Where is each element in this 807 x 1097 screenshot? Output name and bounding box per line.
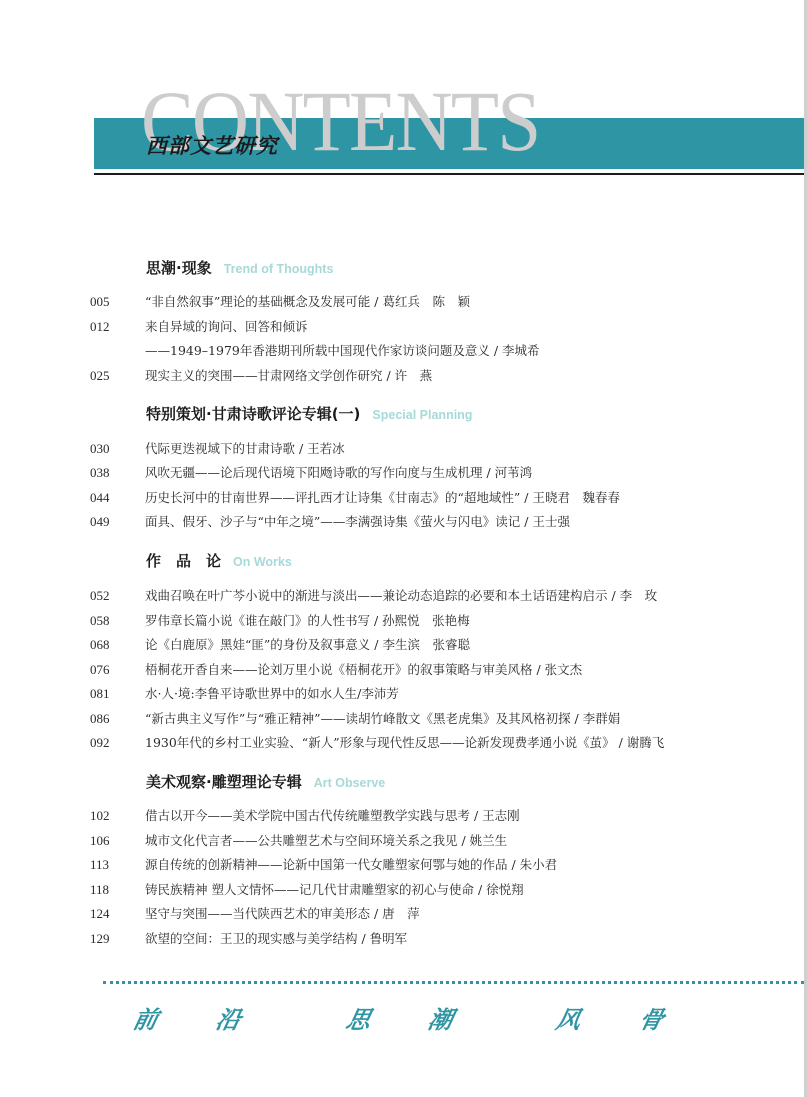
page-number: 049: [90, 512, 145, 532]
toc-entry[interactable]: 012来自异域的询问、回答和倾诉: [90, 317, 308, 337]
toc-entry[interactable]: 076梧桐花开香自来——论刘万里小说《梧桐花开》的叙事策略与审美风格 / 张文杰: [90, 660, 582, 680]
toc-entry[interactable]: 118铸民族精神 塑人文情怀——记几代甘肃雕塑家的初心与使命 / 徐悦翔: [90, 880, 524, 900]
toc-entry[interactable]: 102借古以开今——美术学院中国古代传统雕塑教学实践与思考 / 王志刚: [90, 806, 520, 826]
toc-entry[interactable]: 081水·人·境:李鲁平诗歌世界中的如水人生/李沛芳: [90, 684, 399, 704]
section-title-zh: 思潮·现象: [146, 259, 212, 277]
entry-title: 风吹无疆——论后现代语境下阳飏诗歌的写作向度与生成机理 / 河苇鸿: [145, 465, 532, 480]
toc-entry[interactable]: 0921930年代的乡村工业实验、“新人”形象与现代性反思——论新发现费孝通小说…: [90, 733, 664, 753]
toc-entry[interactable]: 058罗伟章长篇小说《谁在敲门》的人性书写 / 孙熙悦 张艳梅: [90, 611, 470, 631]
section-title-zh: 特别策划·甘肃诗歌评论专辑(一): [146, 405, 360, 423]
entry-title: “新古典主义写作”与“雅正精神”——读胡竹峰散文《黑老虎集》及其风格初探 / 李…: [145, 711, 620, 726]
entry-title: 借古以开今——美术学院中国古代传统雕塑教学实践与思考 / 王志刚: [145, 808, 520, 823]
section-heading-special-planning: 特别策划·甘肃诗歌评论专辑(一)Special Planning: [146, 403, 472, 424]
entry-title: 水·人·境:李鲁平诗歌世界中的如水人生/李沛芳: [145, 686, 399, 701]
page-number: 068: [90, 635, 145, 655]
toc-entry[interactable]: 086“新古典主义写作”与“雅正精神”——读胡竹峰散文《黑老虎集》及其风格初探 …: [90, 709, 620, 729]
page-number: 076: [90, 660, 145, 680]
section-title-en: Trend of Thoughts: [224, 262, 334, 276]
motto-char: 沿: [213, 1000, 244, 1035]
entry-title: 城市文化代言者——公共雕塑艺术与空间环境关系之我见 / 姚兰生: [145, 833, 507, 848]
section-title-en: On Works: [233, 555, 292, 569]
entry-title: 代际更迭视域下的甘肃诗歌 / 王若冰: [145, 441, 345, 456]
motto-char: 骨: [636, 1000, 667, 1035]
page-number: 052: [90, 586, 145, 606]
page-number: 081: [90, 684, 145, 704]
page-number: 113: [90, 855, 145, 875]
page-number: 038: [90, 463, 145, 483]
toc-entry-subtitle[interactable]: ——1949–1979年香港期刊所载中国现代作家访谈问题及意义 / 李城希: [90, 341, 540, 361]
section-title-en: Art Observe: [314, 776, 386, 790]
page-number: 030: [90, 439, 145, 459]
section-heading-trend-of-thoughts: 思潮·现象Trend of Thoughts: [146, 257, 333, 278]
entry-title: 坚守与突围——当代陕西艺术的审美形态 / 唐 萍: [145, 906, 420, 921]
page-number: 058: [90, 611, 145, 631]
page-number: 118: [90, 880, 145, 900]
toc-entry[interactable]: 113源自传统的创新精神——论新中国第一代女雕塑家何鄂与她的作品 / 朱小君: [90, 855, 557, 875]
entry-title: 源自传统的创新精神——论新中国第一代女雕塑家何鄂与她的作品 / 朱小君: [145, 857, 557, 872]
page-number: 124: [90, 904, 145, 924]
entry-title: 罗伟章长篇小说《谁在敲门》的人性书写 / 孙熙悦 张艳梅: [145, 613, 470, 628]
footer-dotted-rule: [103, 981, 804, 984]
page-number: 044: [90, 488, 145, 508]
motto-char: 风: [553, 1000, 584, 1035]
entry-title: 论《白鹿原》黑娃“匪”的身份及叙事意义 / 李生滨 张睿聪: [145, 637, 470, 652]
page-number: 086: [90, 709, 145, 729]
toc-entry[interactable]: 124坚守与突围——当代陕西艺术的审美形态 / 唐 萍: [90, 904, 420, 924]
journal-name: 西部文艺研究: [146, 130, 278, 160]
section-title-zh: 作 品 论: [146, 552, 221, 570]
entry-title: “非自然叙事”理论的基础概念及发展可能 / 葛红兵 陈 颖: [145, 294, 470, 309]
toc-entry[interactable]: 052戏曲召唤在叶广芩小说中的渐进与淡出——兼论动态追踪的必要和本土话语建构启示…: [90, 586, 657, 606]
motto-char: 思: [343, 1000, 374, 1035]
entry-title: 欲望的空间：王卫的现实感与美学结构 / 鲁明军: [145, 931, 407, 946]
page-number: 012: [90, 317, 145, 337]
entry-title: 现实主义的突围——甘肃网络文学创作研究 / 许 燕: [145, 368, 432, 383]
entry-title: 铸民族精神 塑人文情怀——记几代甘肃雕塑家的初心与使命 / 徐悦翔: [145, 882, 524, 897]
page-number: 106: [90, 831, 145, 851]
entry-title: 戏曲召唤在叶广芩小说中的渐进与淡出——兼论动态追踪的必要和本土话语建构启示 / …: [145, 588, 657, 603]
toc-entry[interactable]: 038风吹无疆——论后现代语境下阳飏诗歌的写作向度与生成机理 / 河苇鸿: [90, 463, 532, 483]
motto-char: 前: [130, 1000, 161, 1035]
toc-entry[interactable]: 005“非自然叙事”理论的基础概念及发展可能 / 葛红兵 陈 颖: [90, 292, 470, 312]
toc-entry[interactable]: 068论《白鹿原》黑娃“匪”的身份及叙事意义 / 李生滨 张睿聪: [90, 635, 470, 655]
entry-title: 历史长河中的甘南世界——评扎西才让诗集《甘南志》的“超地域性” / 王晓君 魏春…: [145, 490, 620, 505]
entry-title: ——1949–1979年香港期刊所载中国现代作家访谈问题及意义 / 李城希: [145, 343, 540, 358]
section-heading-on-works: 作 品 论On Works: [146, 550, 292, 571]
page-number: 092: [90, 733, 145, 753]
section-title-zh: 美术观察·雕塑理论专辑: [146, 773, 302, 791]
toc-entry[interactable]: 106城市文化代言者——公共雕塑艺术与空间环境关系之我见 / 姚兰生: [90, 831, 507, 851]
toc-entry[interactable]: 030代际更迭视域下的甘肃诗歌 / 王若冰: [90, 439, 345, 459]
page-number: 005: [90, 292, 145, 312]
entry-title: 面具、假牙、沙子与“中年之境”——李满强诗集《萤火与闪电》读记 / 王士强: [145, 514, 570, 529]
header-rule: [94, 173, 804, 175]
page-number: 129: [90, 929, 145, 949]
entry-title: 1930年代的乡村工业实验、“新人”形象与现代性反思——论新发现费孝通小说《茧》…: [145, 735, 664, 750]
motto-char: 潮: [425, 1000, 456, 1035]
page-number: 025: [90, 366, 145, 386]
entry-title: 梧桐花开香自来——论刘万里小说《梧桐花开》的叙事策略与审美风格 / 张文杰: [145, 662, 582, 677]
toc-entry[interactable]: 025现实主义的突围——甘肃网络文学创作研究 / 许 燕: [90, 366, 432, 386]
section-heading-art-observe: 美术观察·雕塑理论专辑Art Observe: [146, 771, 385, 792]
toc-entry[interactable]: 129欲望的空间：王卫的现实感与美学结构 / 鲁明军: [90, 929, 407, 949]
entry-title: 来自异域的询问、回答和倾诉: [145, 319, 308, 334]
page-number: 102: [90, 806, 145, 826]
toc-entry[interactable]: 049面具、假牙、沙子与“中年之境”——李满强诗集《萤火与闪电》读记 / 王士强: [90, 512, 570, 532]
section-title-en: Special Planning: [372, 408, 472, 422]
toc-entry[interactable]: 044历史长河中的甘南世界——评扎西才让诗集《甘南志》的“超地域性” / 王晓君…: [90, 488, 620, 508]
